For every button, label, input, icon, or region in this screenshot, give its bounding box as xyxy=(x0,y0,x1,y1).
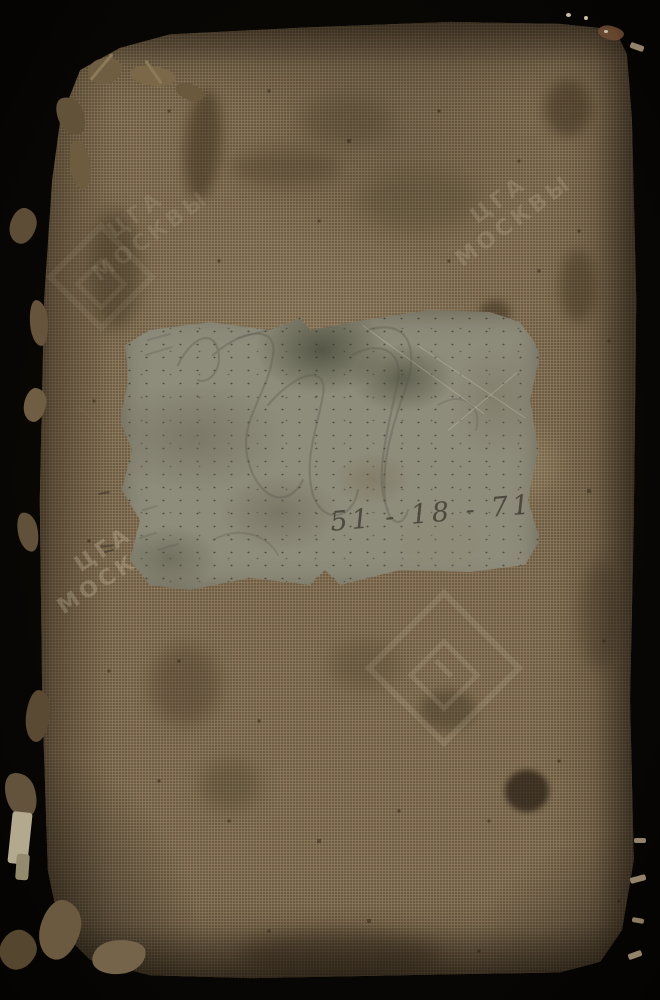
frayed-cloth xyxy=(0,924,43,975)
pencil-mark xyxy=(98,491,110,495)
cover-speckles xyxy=(18,20,20,22)
cover-stain xyxy=(560,250,596,322)
edge-speck xyxy=(584,16,588,20)
scanner-background: ЦГА МОСКВЫ ЦГА МОСКВЫ ЦГА МОСКВЫ xyxy=(0,0,660,1000)
frayed-cloth xyxy=(6,205,40,247)
cover-stain xyxy=(545,80,591,136)
loose-thread xyxy=(629,42,644,52)
cover-stain xyxy=(230,150,340,186)
loose-thread xyxy=(627,950,642,960)
paper-label: 51 - 18 - 71 xyxy=(118,310,542,592)
frayed-cloth xyxy=(14,510,42,553)
loose-thread xyxy=(632,917,645,924)
book-cover: ЦГА МОСКВЫ ЦГА МОСКВЫ ЦГА МОСКВЫ xyxy=(18,20,640,982)
cover-stain xyxy=(150,645,220,725)
cover-stain xyxy=(200,760,260,810)
archive-logo-watermark-icon xyxy=(365,589,523,747)
edge-speck xyxy=(566,13,571,17)
cover-stain xyxy=(300,95,390,145)
cover-stain xyxy=(580,560,620,670)
cover-dark-blob xyxy=(505,770,549,812)
edge-speck xyxy=(604,30,608,33)
exposed-page-edge xyxy=(15,854,30,881)
loose-thread xyxy=(634,838,646,843)
archive-logo-inner-square xyxy=(407,638,481,712)
cover-stain xyxy=(240,930,440,980)
archive-logo-inner-square xyxy=(74,257,128,311)
faded-handwriting xyxy=(118,310,542,592)
loose-thread xyxy=(629,874,646,884)
